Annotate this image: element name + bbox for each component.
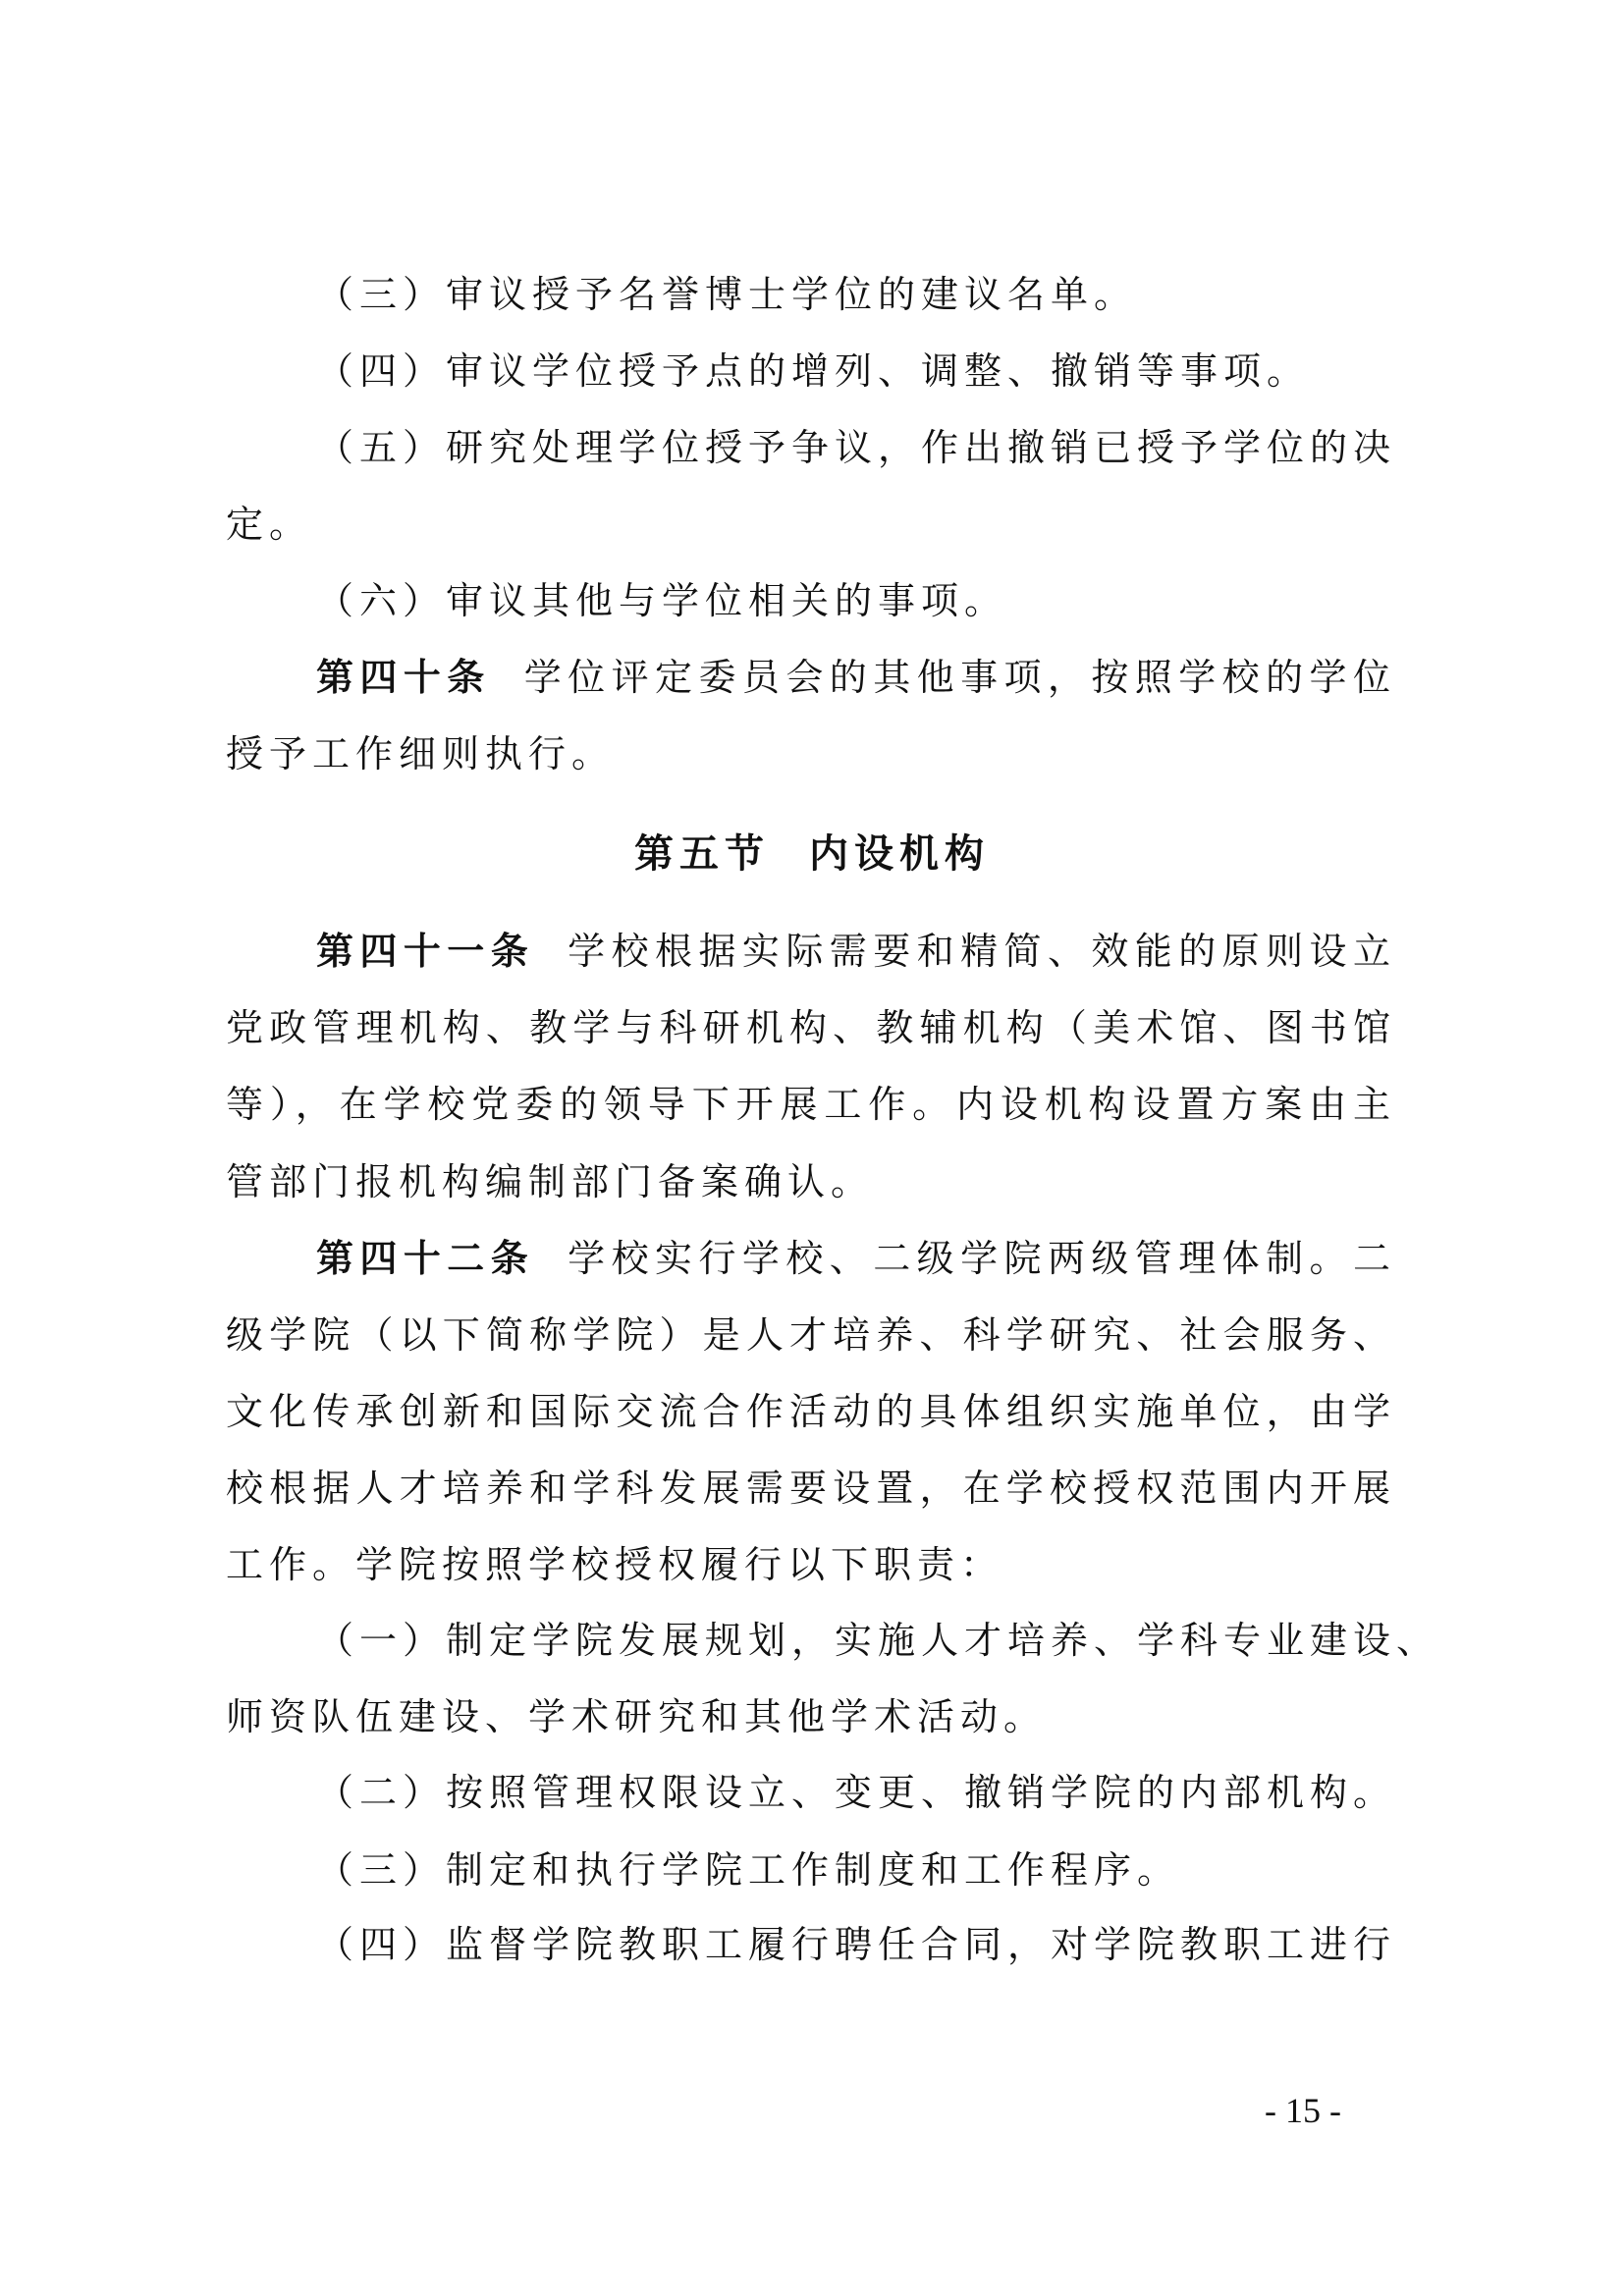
- page-number: - 15 -: [1239, 2087, 1367, 2134]
- list-item: （三）制定和执行学院工作制度和工作程序。: [316, 1842, 1396, 1897]
- article-label: 第四十一条: [316, 929, 534, 973]
- article-label: 第四十二条: [316, 1236, 534, 1280]
- list-item: （二）按照管理权限设立、变更、撤销学院的内部机构。: [316, 1765, 1396, 1820]
- section-heading: 第五节内设机构: [0, 825, 1624, 883]
- paragraph-line: （五）研究处理学位授予争议，作出撤销已授予学位的决: [316, 420, 1396, 475]
- paragraph-line: 管部门报机构编制部门备案确认。: [226, 1154, 1396, 1209]
- article-41-line: 第四十一条学校根据实际需要和精简、效能的原则设立: [316, 924, 1396, 979]
- article-label: 第四十条: [316, 655, 491, 699]
- article-42-line: 第四十二条学校实行学校、二级学院两级管理体制。二: [316, 1231, 1396, 1286]
- section-number: 第五节: [634, 830, 770, 877]
- paragraph-line: 师资队伍建设、学术研究和其他学术活动。: [226, 1689, 1396, 1744]
- paragraph-line: 校根据人才培养和学科发展需要设置，在学校授权范围内开展: [226, 1461, 1396, 1516]
- list-item: （四）监督学院教职工履行聘任合同，对学院教职工进行: [316, 1917, 1396, 1972]
- article-text: 学位评定委员会的其他事项，按照学校的学位: [524, 656, 1396, 699]
- paragraph-line: 定。: [226, 497, 1396, 552]
- paragraph-line: （六）审议其他与学位相关的事项。: [316, 573, 1396, 628]
- paragraph-line: 等），在学校党委的领导下开展工作。内设机构设置方案由主: [226, 1077, 1396, 1132]
- section-title: 内设机构: [809, 830, 990, 877]
- article-text: 学校实行学校、二级学院两级管理体制。二: [568, 1237, 1396, 1280]
- paragraph-line: 文化传承创新和国际交流合作活动的具体组织实施单位，由学: [226, 1384, 1396, 1439]
- document-page: （三）审议授予名誉博士学位的建议名单。 （四）审议学位授予点的增列、调整、撤销等…: [0, 0, 1624, 2296]
- paragraph-line: （四）审议学位授予点的增列、调整、撤销等事项。: [316, 344, 1396, 399]
- paragraph-line: 级学院（以下简称学院）是人才培养、科学研究、社会服务、: [226, 1308, 1396, 1362]
- article-40-line: 第四十条学位评定委员会的其他事项，按照学校的学位: [316, 650, 1396, 705]
- paragraph-line: 授予工作细则执行。: [226, 726, 1396, 781]
- paragraph-line: 党政管理机构、教学与科研机构、教辅机构（美术馆、图书馆: [226, 1000, 1396, 1055]
- paragraph-line: （三）审议授予名誉博士学位的建议名单。: [316, 267, 1396, 322]
- paragraph-line: 工作。学院按照学校授权履行以下职责：: [226, 1537, 1396, 1592]
- article-text: 学校根据实际需要和精简、效能的原则设立: [568, 930, 1396, 973]
- list-item: （一）制定学院发展规划，实施人才培养、学科专业建设、: [316, 1613, 1396, 1668]
